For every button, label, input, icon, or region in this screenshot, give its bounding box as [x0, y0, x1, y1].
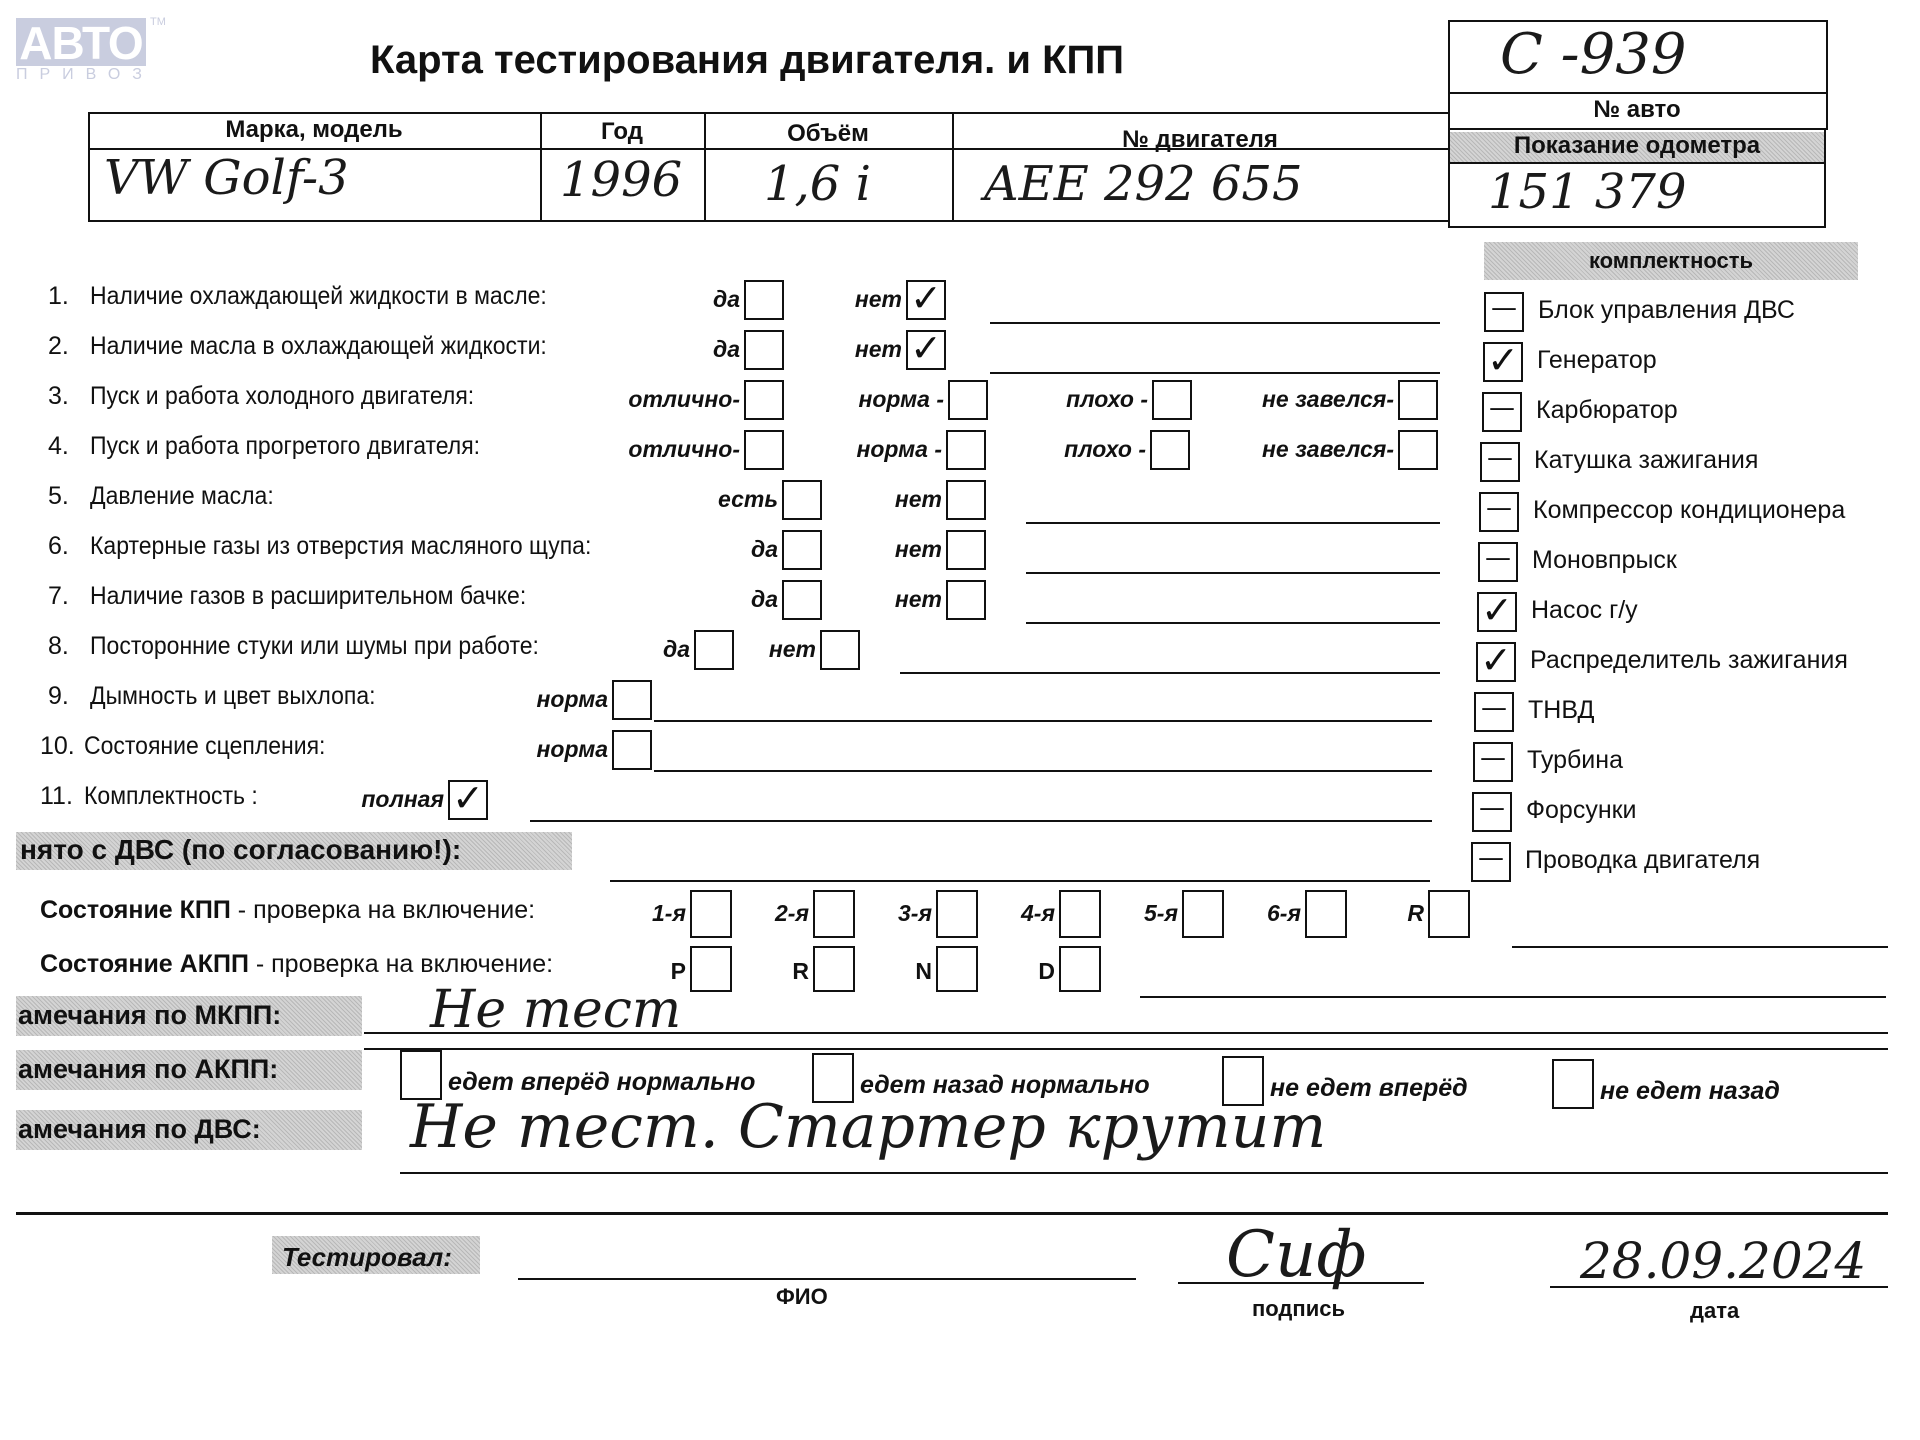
engine-number-value: AEE 292 655 — [984, 156, 1303, 212]
kit-item-label: Блок управления ДВС — [1538, 296, 1795, 325]
mkpp-remarks-value[interactable]: Не тест — [430, 980, 681, 1040]
kit-item-label: Проводка двигателя — [1525, 846, 1760, 875]
question-label: Картерные газы из отверстия масляного щу… — [90, 532, 591, 561]
kit-checkbox[interactable]: — — [1472, 792, 1512, 832]
akpp-label-bold: Состояние АКПП — [40, 950, 249, 978]
option-label: плохо - — [990, 436, 1146, 463]
question-number: 8. — [48, 632, 69, 661]
akpp-label: Состояние АКПП - проверка на включение: — [40, 950, 553, 979]
dash-mark-icon: — — [1480, 534, 1516, 582]
car-number-value: С -939 — [1500, 22, 1686, 87]
kit-item-label: Насос г/у — [1531, 596, 1638, 625]
kpp-gear-label: 6-я — [1241, 900, 1301, 927]
akpp-gear-checkbox[interactable] — [936, 946, 978, 992]
page-title: Карта тестирования двигателя. и КПП — [370, 38, 1124, 83]
option-label: норма — [452, 686, 608, 713]
kpp-gear-label: R — [1364, 900, 1424, 927]
kpp-gear-checkbox[interactable] — [813, 890, 855, 938]
kpp-gear-checkbox[interactable] — [1059, 890, 1101, 938]
col-header-year: Год — [540, 118, 704, 146]
kpp-gear-checkbox[interactable] — [1428, 890, 1470, 938]
option-checkbox[interactable] — [1152, 380, 1192, 420]
notes-line — [1026, 572, 1440, 574]
kit-item-label: Моновпрыск — [1532, 546, 1677, 575]
notes-line — [990, 322, 1440, 324]
akpp-gear-checkbox[interactable] — [690, 946, 732, 992]
kpp-gear-checkbox[interactable] — [936, 890, 978, 938]
option-label: да — [622, 586, 778, 613]
option-checkbox[interactable] — [744, 430, 784, 470]
logo: АВТО — [16, 18, 146, 66]
volume-value: 1,6 i — [764, 156, 871, 212]
dash-mark-icon: — — [1481, 484, 1517, 532]
option-label: норма - — [788, 386, 944, 413]
odometer-value: 151 379 — [1488, 164, 1687, 220]
dash-mark-icon: — — [1475, 734, 1511, 782]
question-label: Пуск и работа прогретого двигателя: — [90, 432, 480, 461]
question-number: 7. — [48, 582, 69, 611]
col-header-engine-number: № двигателя — [952, 126, 1448, 154]
option-checkbox[interactable] — [612, 680, 652, 720]
option-checkbox[interactable] — [948, 380, 988, 420]
option-label: отлично- — [584, 386, 740, 413]
kit-checkbox[interactable]: ✓ — [1477, 592, 1517, 632]
option-checkbox[interactable] — [1398, 430, 1438, 470]
col-header-model: Марка, модель — [88, 116, 540, 144]
dvs-remarks-label: амечания по ДВС: — [18, 1114, 261, 1145]
option-checkbox[interactable] — [820, 630, 860, 670]
question-number: 5. — [48, 482, 69, 511]
kit-checkbox[interactable]: ✓ — [1476, 642, 1516, 682]
akpp-remark-label: не едет назад — [1600, 1077, 1780, 1106]
question-number: 10. — [40, 732, 75, 761]
notes-line — [654, 720, 1432, 722]
dash-mark-icon: — — [1484, 384, 1520, 432]
kit-item-label: Распределитель зажигания — [1530, 646, 1848, 675]
kit-checkbox[interactable]: — — [1479, 492, 1519, 532]
kpp-gear-checkbox[interactable] — [1305, 890, 1347, 938]
kpp-gear-checkbox[interactable] — [1182, 890, 1224, 938]
question-number: 3. — [48, 382, 69, 411]
kit-checkbox[interactable]: — — [1473, 742, 1513, 782]
option-checkbox[interactable] — [744, 380, 784, 420]
question-number: 1. — [48, 282, 69, 311]
akpp-label-rest: - проверка на включение: — [249, 950, 553, 978]
kpp-label: Состояние КПП - проверка на включение: — [40, 896, 535, 925]
option-checkbox[interactable] — [946, 580, 986, 620]
kit-item-label: Компрессор кондиционера — [1533, 496, 1845, 525]
option-label: полная — [288, 786, 444, 813]
question-label: Наличие охлаждающей жидкости в масле: — [90, 282, 547, 311]
check-mark-icon: ✓ — [450, 774, 486, 822]
kit-checkbox[interactable]: ✓ — [1483, 342, 1523, 382]
option-label: да — [584, 336, 740, 363]
kit-item-label: ТНВД — [1528, 696, 1594, 725]
question-label: Посторонние стуки или шумы при работе: — [90, 632, 539, 661]
kit-item-label: Карбюратор — [1536, 396, 1678, 425]
kpp-gear-label: 1-я — [626, 900, 686, 927]
kit-item-label: Катушка зажигания — [1534, 446, 1758, 475]
option-checkbox[interactable]: ✓ — [448, 780, 488, 820]
check-mark-icon: ✓ — [1479, 586, 1515, 634]
akpp-gear-label: N — [872, 958, 932, 985]
question-label: Наличие газов в расширительном бачке: — [90, 582, 526, 611]
option-label: нет — [746, 286, 902, 313]
question-label: Дымность и цвет выхлопа: — [90, 682, 376, 711]
tested-by-label: Тестировал: — [282, 1242, 452, 1273]
kit-item-label: Турбина — [1527, 746, 1623, 775]
option-label: норма — [452, 736, 608, 763]
option-label: нет — [786, 586, 942, 613]
kpp-gear-label: 4-я — [995, 900, 1055, 927]
question-label: Пуск и работа холодного двигателя: — [90, 382, 474, 411]
dash-mark-icon: — — [1474, 784, 1510, 832]
option-label: нет — [786, 536, 942, 563]
kit-item-label: Генератор — [1537, 346, 1657, 375]
option-label: да — [622, 536, 778, 563]
mkpp-remarks-label: амечания по МКПП: — [18, 1000, 281, 1031]
question-number: 11. — [40, 782, 73, 811]
option-label: есть — [622, 486, 778, 513]
akpp-remarks-label: амечания по АКПП: — [18, 1054, 278, 1085]
kpp-label-rest: - проверка на включение: — [231, 896, 535, 924]
model-value: VW Golf-3 — [104, 150, 349, 206]
option-label: норма - — [786, 436, 942, 463]
akpp-gear-label: R — [749, 958, 809, 985]
col-header-volume: Объём — [704, 120, 952, 148]
option-label: отлично- — [584, 436, 740, 463]
akpp-gear-checkbox[interactable] — [1059, 946, 1101, 992]
kit-title: комплектность — [1484, 248, 1858, 274]
option-checkbox[interactable] — [946, 480, 986, 520]
question-number: 9. — [48, 682, 69, 711]
dvs-remarks-value[interactable]: Не тест. Стартер крутит — [410, 1092, 1326, 1162]
kit-checkbox[interactable]: — — [1482, 392, 1522, 432]
option-label: не завелся- — [1238, 386, 1394, 413]
dash-mark-icon: — — [1486, 284, 1522, 332]
akpp-remark-checkbox[interactable] — [1552, 1059, 1594, 1109]
fio-line — [518, 1278, 1136, 1280]
check-mark-icon: ✓ — [908, 324, 944, 372]
kit-checkbox[interactable]: — — [1484, 292, 1524, 332]
question-number: 6. — [48, 532, 69, 561]
question-label: Наличие масла в охлаждающей жидкости: — [90, 332, 547, 361]
kpp-gear-checkbox[interactable] — [690, 890, 732, 938]
akpp-gear-label: D — [995, 958, 1055, 985]
option-checkbox[interactable]: ✓ — [906, 330, 946, 370]
signature-value[interactable]: Сиф — [1226, 1218, 1366, 1292]
col-header-odometer: Показание одометра — [1448, 132, 1826, 160]
dash-mark-icon: — — [1476, 684, 1512, 732]
option-label: да — [584, 286, 740, 313]
question-label: Давление масла: — [90, 482, 274, 511]
logo-subtitle: ПРИВОЗ — [16, 66, 146, 84]
check-mark-icon: ✓ — [1478, 636, 1514, 684]
fio-label: ФИО — [776, 1284, 828, 1310]
dash-mark-icon: — — [1482, 434, 1518, 482]
kpp-label-bold: Состояние КПП — [40, 896, 231, 924]
option-label: нет — [786, 486, 942, 513]
option-label: не завелся- — [1238, 436, 1394, 463]
question-number: 4. — [48, 432, 69, 461]
option-checkbox[interactable] — [946, 530, 986, 570]
option-checkbox[interactable] — [612, 730, 652, 770]
kit-checkbox[interactable]: — — [1471, 842, 1511, 882]
check-mark-icon: ✓ — [908, 274, 944, 322]
option-checkbox[interactable]: ✓ — [906, 280, 946, 320]
kit-checkbox[interactable]: — — [1478, 542, 1518, 582]
date-value[interactable]: 28.09.2024 — [1580, 1232, 1866, 1290]
kit-checkbox[interactable]: — — [1474, 692, 1514, 732]
option-checkbox[interactable] — [1150, 430, 1190, 470]
option-label: плохо - — [992, 386, 1148, 413]
year-value: 1996 — [560, 152, 682, 208]
notes-line — [900, 672, 1440, 674]
removed-label: нято с ДВС (по согласованию!): — [20, 834, 461, 866]
akpp-gear-checkbox[interactable] — [813, 946, 855, 992]
car-number-label: № авто — [1448, 96, 1826, 124]
kpp-gear-label: 2-я — [749, 900, 809, 927]
option-label: нет — [746, 336, 902, 363]
option-label: нет — [660, 636, 816, 663]
dash-mark-icon: — — [1473, 834, 1509, 882]
date-label: дата — [1690, 1298, 1739, 1324]
question-label: Состояние сцепления: — [84, 732, 325, 761]
notes-line — [1026, 522, 1440, 524]
question-label: Комплектность : — [84, 782, 258, 811]
kit-checkbox[interactable]: — — [1480, 442, 1520, 482]
kpp-gear-label: 5-я — [1118, 900, 1178, 927]
notes-line — [654, 770, 1432, 772]
kpp-gear-label: 3-я — [872, 900, 932, 927]
question-number: 2. — [48, 332, 69, 361]
option-checkbox[interactable] — [946, 430, 986, 470]
signature-label: подпись — [1252, 1296, 1345, 1322]
kit-item-label: Форсунки — [1526, 796, 1637, 825]
notes-line — [990, 372, 1440, 374]
logo-trademark: TM — [150, 16, 166, 28]
notes-line — [1026, 622, 1440, 624]
check-mark-icon: ✓ — [1485, 336, 1521, 384]
notes-line — [530, 820, 1432, 822]
option-checkbox[interactable] — [1398, 380, 1438, 420]
